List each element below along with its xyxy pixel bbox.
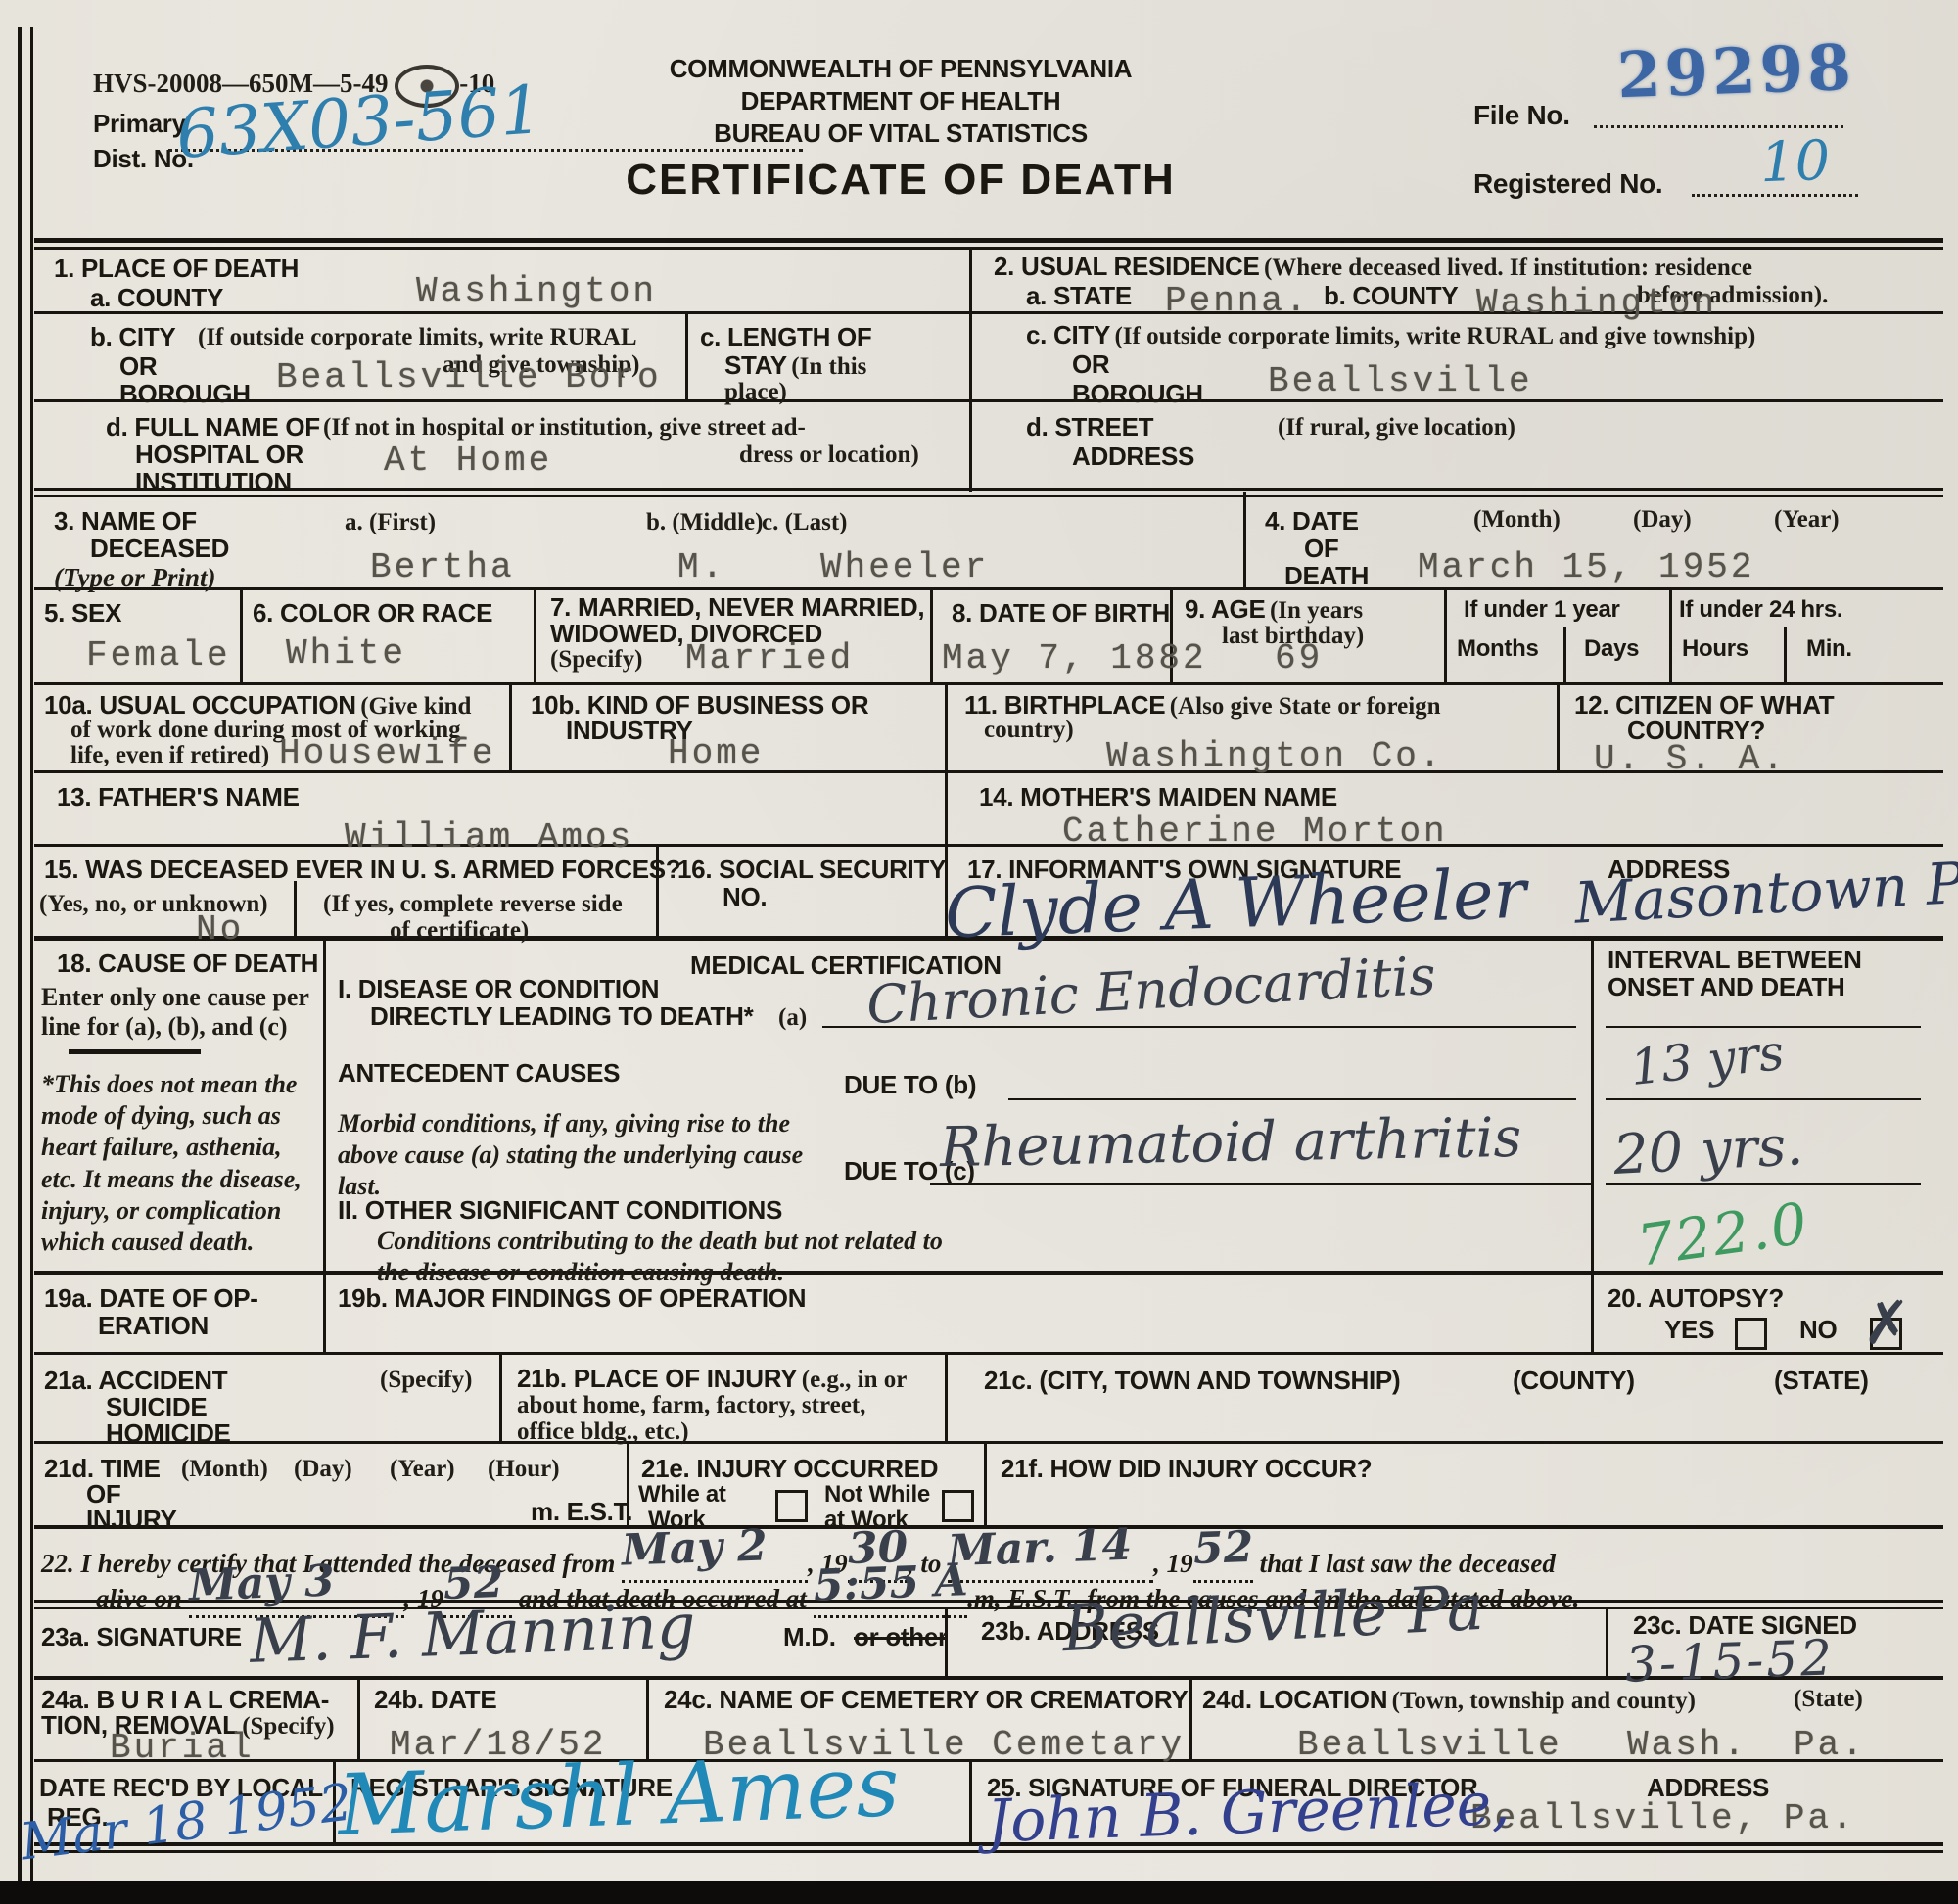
- field-hospital-label: d. FULL NAME OF: [106, 413, 320, 441]
- funeral-director-signature: John B. Greenlee,: [986, 1775, 1511, 1852]
- residence-or-label: OR: [1072, 350, 1109, 379]
- field-dob-value: May 7, 1882: [942, 641, 1207, 676]
- field-citizen-value: U. S. A.: [1594, 742, 1787, 777]
- divider: [945, 1355, 948, 1441]
- field-location-label: 24d. LOCATION (Town, township and county…: [1202, 1686, 1696, 1716]
- field-father-value: William Amos: [345, 820, 633, 856]
- field-name-label3: (Type or Print): [54, 562, 215, 594]
- certify-alive-value: May 3: [188, 1559, 335, 1607]
- cause-note2: *This does not mean the mode of dying, s…: [41, 1069, 320, 1258]
- field-first-value: Bertha: [370, 550, 515, 585]
- divider: [930, 587, 933, 682]
- field-residence-county-label: b. COUNTY: [1324, 282, 1458, 310]
- certify-year2-value: 52: [1192, 1526, 1254, 1571]
- divider: [1189, 1680, 1192, 1759]
- other-conditions-note: Conditions contributing to the death but…: [377, 1226, 945, 1288]
- physician-signature: M. F. Manning: [249, 1596, 696, 1672]
- field-place-county-value: Washington: [416, 274, 657, 309]
- field-residence-state-label: a. STATE: [1026, 282, 1132, 310]
- field-middle-value: M.: [677, 550, 725, 585]
- injury-place-note1: (e.g., in or: [802, 1367, 908, 1393]
- field-how-injury-label: 21f. HOW DID INJURY OCCUR?: [1001, 1455, 1372, 1483]
- field-length-of-stay-line2: STAY (In this: [724, 351, 866, 382]
- field-injury-place-note3: office bldg., etc.): [517, 1418, 689, 1447]
- field-dod-month-label: (Month): [1473, 506, 1561, 534]
- location-note: (Town, township and county): [1392, 1688, 1696, 1714]
- field-sex-label: 5. SEX: [44, 599, 121, 627]
- field-last-value: Wheeler: [820, 550, 989, 585]
- divider: [945, 770, 948, 844]
- disease-a-label: (a): [778, 1004, 807, 1033]
- morbid-note: Morbid conditions, if any, giving rise t…: [338, 1108, 827, 1203]
- injury-time-day: (Day): [294, 1456, 352, 1484]
- field-father-label: 13. FATHER'S NAME: [57, 783, 300, 812]
- divider: [323, 1275, 326, 1352]
- certify-from-value: May 2: [621, 1524, 768, 1572]
- field-injury-city-label: 21c. (CITY, TOWN AND TOWNSHIP): [984, 1367, 1400, 1395]
- divider: [34, 587, 1943, 590]
- stay-label: STAY: [724, 350, 787, 380]
- field-hospital-label3: INSTITUTION: [135, 468, 292, 496]
- field-hours-label: Hours: [1682, 636, 1748, 663]
- divider: [534, 587, 536, 682]
- funeral-address-value: Beallsville, Pa.: [1470, 1801, 1856, 1836]
- death-certificate-document: HVS-20008—650M—5-49 -10 Primary Dist. No…: [0, 0, 1958, 1904]
- field-ssn-label1: 16. SOCIAL SECURITY: [677, 856, 946, 884]
- cause-note1: Enter only one cause per line for (a), (…: [41, 983, 315, 1042]
- birthplace-note1: (Also give State or foreign: [1170, 693, 1441, 720]
- file-no-label: File No.: [1473, 100, 1570, 130]
- autopsy-no-label: NO: [1799, 1316, 1837, 1344]
- registered-no-label: Registered No.: [1473, 168, 1662, 199]
- field-armed-forces-label: 15. WAS DECEASED EVER IN U. S. ARMED FOR…: [44, 856, 680, 884]
- field-industry-value: Home: [668, 736, 764, 771]
- divider: [357, 1680, 360, 1759]
- file-no-dotted-line: [1594, 125, 1843, 128]
- injury-time-year: (Year): [390, 1456, 455, 1484]
- field-birthplace-note2: country): [984, 717, 1074, 745]
- field-ssn-label2: NO.: [723, 883, 767, 911]
- field-occupation-note3: life, even if retired): [70, 742, 269, 770]
- divider: [34, 488, 1943, 491]
- due-to-b-label: DUE TO (b): [844, 1071, 976, 1099]
- divider: [1606, 1609, 1608, 1676]
- disease-label1: I. DISEASE OR CONDITION: [338, 975, 659, 1003]
- field-armed-forces-value: No: [196, 912, 244, 948]
- field-age-value: 69: [1275, 641, 1323, 676]
- field-street-label: d. STREET: [1026, 413, 1153, 441]
- autopsy-yes-label: YES: [1664, 1316, 1714, 1344]
- field-residence-city-value: Beallsville: [1268, 364, 1533, 399]
- occupation-label: 10a. USUAL OCCUPATION: [44, 690, 356, 720]
- divider: [509, 682, 512, 770]
- field-injury-time-label3: INJURY: [86, 1506, 177, 1534]
- divider: [1669, 587, 1672, 682]
- cause-c-value: Rheumatoid arthritis: [940, 1111, 1522, 1176]
- field-place-borough-label: BOROUGH: [119, 380, 251, 408]
- field-cause-label: 18. CAUSE OF DEATH: [57, 950, 318, 978]
- field-place-or-label: OR: [119, 352, 157, 381]
- location-label: 24d. LOCATION: [1202, 1685, 1387, 1714]
- cause-b-line: [1008, 1098, 1576, 1100]
- field-injury-est-label: m. E.S.T.: [531, 1498, 632, 1526]
- field-hospital-value: At Home: [384, 443, 552, 479]
- department-line: DEPARTMENT OF HEALTH: [548, 87, 1253, 116]
- field-middle-label: b. (Middle): [646, 509, 763, 537]
- field-first-label: a. (First): [345, 509, 436, 537]
- field-dod-day-label: (Day): [1633, 506, 1692, 534]
- field-armed-forces-sub2b: of certificate): [390, 917, 529, 946]
- field-occupation-value: Housewife: [279, 736, 495, 771]
- field-accident-specify: (Specify): [380, 1367, 472, 1395]
- divider: [294, 881, 297, 938]
- divider: [1444, 587, 1447, 682]
- field-sex-value: Female: [86, 638, 231, 673]
- burial-label2b: (Specify): [242, 1713, 334, 1740]
- certify-time-value: 5:55 A: [813, 1559, 968, 1607]
- while-at-work-checkbox: [775, 1490, 808, 1522]
- field-min-label: Min.: [1806, 636, 1852, 663]
- birthplace-label: 11. BIRTHPLACE: [964, 690, 1165, 720]
- or-other-label: or other: [854, 1623, 948, 1651]
- field-injury-place-label1: 21b. PLACE OF INJURY (e.g., in or: [517, 1365, 907, 1395]
- field-dod-label2: OF: [1304, 534, 1339, 563]
- divider: [1557, 682, 1560, 770]
- field-injury-county-label: (COUNTY): [1513, 1367, 1635, 1395]
- divider: [240, 587, 243, 682]
- field-place-city-note: (If outside corporate limits, write RURA…: [198, 324, 637, 352]
- field-location-state-label: (State): [1794, 1686, 1863, 1714]
- divider: [1591, 941, 1594, 1271]
- interval-label2: ONSET AND DEATH: [1608, 973, 1845, 1001]
- field-location-town-value: Beallsville: [1297, 1728, 1562, 1763]
- field-signature-label: 23a. SIGNATURE: [41, 1623, 242, 1651]
- stay-note2: place): [724, 379, 787, 407]
- field-hospital-note2: dress or location): [739, 441, 919, 470]
- cause-c-line: [930, 1183, 1591, 1185]
- cause-code-value: 722.0: [1634, 1194, 1812, 1275]
- disease-label2: DIRECTLY LEADING TO DEATH*: [370, 1002, 753, 1031]
- divider: [945, 682, 948, 770]
- field-dob-label: 8. DATE OF BIRTH: [952, 599, 1170, 627]
- certify-text2: alive on: [96, 1584, 182, 1613]
- field-name-label2: DECEASED: [90, 534, 229, 563]
- antecedent-label: ANTECEDENT CAUSES: [338, 1059, 620, 1088]
- field-cemetery-label: 24c. NAME OF CEMETERY OR CREMATORY: [664, 1686, 1188, 1714]
- while-at-work-label1: While at: [638, 1482, 726, 1509]
- divider: [34, 399, 1943, 402]
- field-marital-label1: 7. MARRIED, NEVER MARRIED,: [550, 593, 924, 622]
- bureau-line: BUREAU OF VITAL STATISTICS: [548, 119, 1253, 148]
- header-center: COMMONWEALTH OF PENNSYLVANIA DEPARTMENT …: [548, 55, 1253, 205]
- field-armed-forces-sub2: (If yes, complete reverse side: [323, 891, 623, 919]
- field-hospital-note: (If not in hospital or institution, give…: [323, 414, 806, 442]
- field-location-state-value: Pa.: [1794, 1728, 1866, 1763]
- divider: [34, 682, 1943, 685]
- date-signed-value: 3-15-52: [1624, 1633, 1835, 1689]
- divider: [34, 495, 1943, 497]
- not-while-at-work-label1: Not While: [824, 1482, 930, 1509]
- field-months-label: Months: [1457, 636, 1539, 663]
- field-mother-value: Catherine Morton: [1062, 814, 1448, 850]
- field-burial-value: Burial: [110, 1731, 255, 1766]
- autopsy-no-x-mark: ✗: [1861, 1293, 1912, 1354]
- field-location-county-value: Wash.: [1627, 1728, 1748, 1763]
- field-hospital-label2: HOSPITAL OR: [135, 441, 303, 469]
- field-place-of-death-label: 1. PLACE OF DEATH: [54, 255, 299, 283]
- page-title: CERTIFICATE OF DEATH: [548, 156, 1253, 204]
- left-edge-line: [18, 27, 22, 1883]
- commonwealth-line: COMMONWEALTH OF PENNSYLVANIA: [548, 55, 1253, 83]
- field-residence-state-value: Penna.: [1165, 284, 1310, 319]
- field-under1-label: If under 1 year: [1464, 597, 1620, 624]
- field-marital-value: Married: [685, 641, 854, 676]
- divider: [984, 1444, 987, 1525]
- field-accident-label3: HOMICIDE: [106, 1419, 231, 1448]
- other-conditions-label: II. OTHER SIGNIFICANT CONDITIONS: [338, 1196, 782, 1225]
- age-note: (In years: [1270, 597, 1363, 624]
- occupation-note1: (Give kind: [360, 693, 471, 720]
- divider: [34, 247, 1943, 250]
- divider: [34, 238, 1943, 243]
- interval-label1: INTERVAL BETWEEN: [1608, 946, 1862, 974]
- residence-borough-label: BOROUGH: [1072, 380, 1203, 408]
- age-label: 9. AGE: [1185, 594, 1265, 624]
- divider: [34, 844, 1943, 847]
- field-place-city-value: Beallsville Boro: [276, 360, 662, 395]
- field-length-of-stay-label: c. LENGTH OF: [700, 323, 872, 351]
- divider: [685, 311, 688, 399]
- field-street-label2: ADDRESS: [1072, 442, 1194, 471]
- informant-signature: Clyde A Wheeler: [944, 859, 1527, 949]
- field-operation-date-label1: 19a. DATE OF OP-: [44, 1284, 258, 1313]
- divider: [969, 1762, 972, 1842]
- field-street-note: (If rural, give location): [1278, 414, 1515, 442]
- file-no-stamp: 29298: [1616, 37, 1856, 108]
- injury-place-label: 21b. PLACE OF INJURY: [517, 1364, 797, 1393]
- stay-note: (In this: [791, 353, 866, 380]
- interval-c-value: 20 yrs.: [1612, 1119, 1805, 1184]
- primary-label: Primary: [93, 110, 186, 138]
- field-accident-label1: 21a. ACCIDENT: [44, 1367, 227, 1395]
- residence-note: (Where deceased lived. If institution: r…: [1264, 255, 1752, 281]
- field-residence-city-labels: c. CITY (If outside corporate limits, wr…: [1026, 321, 1755, 351]
- field-injury-place-note2: about home, farm, factory, street,: [517, 1392, 865, 1420]
- left-edge-line-inner: [30, 27, 33, 1883]
- divider: [34, 1441, 1943, 1444]
- not-while-at-work-checkbox: [942, 1490, 974, 1522]
- field-last-label: c. (Last): [762, 509, 847, 537]
- field-race-value: White: [286, 636, 406, 672]
- interval-b-line: [1606, 1098, 1921, 1100]
- interval-a-value: 13 yrs: [1628, 1028, 1787, 1092]
- field-injury-occurred-label: 21e. INJURY OCCURRED: [641, 1455, 938, 1483]
- residence-city-label: c. CITY: [1026, 320, 1110, 349]
- registrar-signature: Marshl Ames: [337, 1744, 901, 1848]
- field-dod-value: March 15, 1952: [1418, 550, 1754, 585]
- divider: [1243, 492, 1246, 587]
- residence-label: 2. USUAL RESIDENCE: [994, 252, 1260, 281]
- divider: [499, 1355, 502, 1441]
- field-race-label: 6. COLOR OR RACE: [253, 599, 492, 627]
- field-name-label1: 3. NAME OF: [54, 507, 197, 535]
- field-operation-findings-label: 19b. MAJOR FINDINGS OF OPERATION: [338, 1284, 806, 1313]
- divider: [1784, 627, 1787, 682]
- certify-to-value: Mar. 14: [947, 1524, 1133, 1574]
- field-injury-state-label: (STATE): [1774, 1367, 1869, 1395]
- field-age-label1: 9. AGE (In years: [1185, 595, 1363, 626]
- injury-time-month: (Month): [181, 1456, 268, 1484]
- registered-no-value: 10: [1759, 134, 1831, 191]
- field-dod-year-label: (Year): [1774, 506, 1840, 534]
- field-under24-label: If under 24 hrs.: [1679, 597, 1842, 624]
- field-autopsy-label: 20. AUTOPSY?: [1608, 1284, 1784, 1313]
- field-accident-label2: SUICIDE: [106, 1393, 207, 1421]
- field-dod-label1: 4. DATE: [1265, 507, 1359, 535]
- divider: [969, 247, 972, 492]
- field-marital-specify: (Specify): [550, 646, 642, 674]
- field-birthplace-value: Washington Co.: [1106, 739, 1443, 774]
- field-dod-label3: DEATH: [1284, 562, 1369, 590]
- field-place-county-label: a. COUNTY: [90, 284, 223, 312]
- field-residence-county-value: Washington: [1476, 286, 1717, 321]
- divider: [323, 941, 326, 1271]
- field-place-city-label: b. CITY: [90, 323, 175, 351]
- autopsy-yes-checkbox: [1735, 1318, 1767, 1350]
- divider: [1563, 627, 1566, 682]
- divider: [1591, 1275, 1594, 1352]
- field-burial-date-label: 24b. DATE: [374, 1686, 496, 1714]
- field-operation-date-label2: ERATION: [98, 1312, 209, 1340]
- bottom-scan-bar: [0, 1881, 1958, 1904]
- cause-note-rule: [69, 1049, 201, 1054]
- field-mother-label: 14. MOTHER'S MAIDEN NAME: [979, 783, 1337, 812]
- field-residence-title: 2. USUAL RESIDENCE (Where deceased lived…: [994, 253, 1752, 283]
- md-label: M.D.: [783, 1623, 836, 1651]
- injury-time-hour: (Hour): [488, 1456, 560, 1484]
- field-days-label: Days: [1584, 636, 1639, 663]
- divider: [34, 1352, 1943, 1355]
- residence-city-note: (If outside corporate limits, write RURA…: [1114, 323, 1755, 349]
